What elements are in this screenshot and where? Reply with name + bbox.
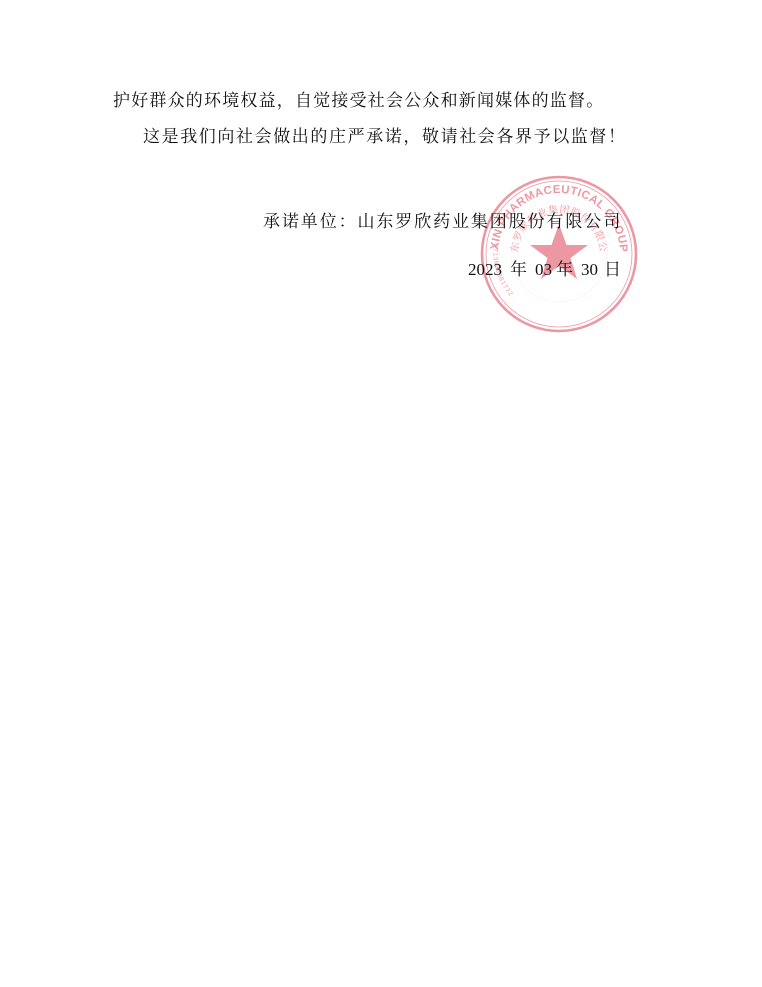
signature-label: 承诺单位： — [263, 212, 358, 232]
paragraph-environmental-rights: 护好群众的环境权益，自觉接受社会公众和新闻媒体的监督。 — [113, 91, 604, 111]
document-page: 护好群众的环境权益，自觉接受社会公众和新闻媒体的监督。 这是我们向社会做出的庄严… — [0, 0, 762, 987]
paragraph-solemn-commitment: 这是我们向社会做出的庄严承诺，敬请社会各界予以监督！ — [143, 127, 627, 147]
signature-company: 山东罗欣药业集团股份有限公司 — [358, 212, 623, 232]
date-month: 03 — [535, 260, 552, 280]
date-month-unit: 年 — [556, 260, 573, 280]
date-year-unit: 年 — [510, 260, 527, 280]
company-seal-stamp: SHANDONG LUOXIN PHARMACEUTICAL GROUP STO… — [478, 174, 640, 334]
date-year: 2023 — [468, 260, 502, 280]
date-day-unit: 日 — [604, 260, 621, 280]
signature-line: 承诺单位：山东罗欣药业集团股份有限公司 — [263, 212, 622, 232]
date-day: 30 — [581, 260, 598, 280]
date-line: 2023年03年30日 — [468, 260, 621, 280]
